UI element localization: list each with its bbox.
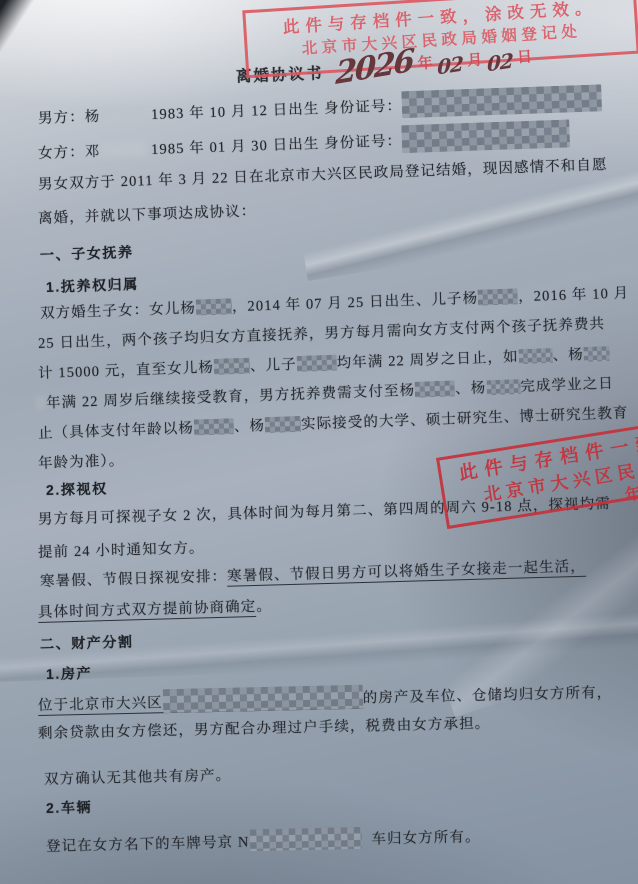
custody-text: ，2014 年 07 月 25 日出生、儿子杨 — [232, 291, 479, 316]
redacted-fragment — [36, 396, 46, 410]
visitation-line-2: 提前 24 小时通知女方。 — [38, 536, 205, 562]
redacted-plate-number — [249, 827, 361, 852]
redacted-child-name — [265, 416, 302, 433]
document-photo: 离婚协议书 男方：杨 1983 年 10 月 12 日出生 身份证号： 女方：邓… — [0, 0, 638, 884]
vehicle-line: 登记在女方名下的车牌号京 N车归女方所有。 — [46, 824, 481, 856]
redacted-daughter-name — [196, 298, 233, 315]
custody-text: 均年满 22 周岁之日止，如 — [336, 349, 519, 371]
registration-stamp-top: 此件与存档件一致，涂改无效。 北京市大兴区民政局婚姻登记处 2026 年 02 … — [242, 0, 638, 78]
section2-sub1-heading: 1.房产 — [46, 663, 93, 684]
custody-text: 完成学业之日 — [520, 376, 614, 395]
photo-corner-shadow — [0, 0, 38, 60]
redacted-child-name — [518, 348, 553, 364]
redacted-child-name — [584, 346, 611, 362]
period: 。 — [256, 598, 272, 614]
intro-line-2: 离婚，并就以下事项达成协议： — [38, 199, 257, 228]
section2-heading: 二、财产分割 — [40, 631, 134, 654]
custody-line-6: 年龄为准）。 — [38, 449, 125, 473]
property-underlined: 位于北京市大兴区 — [38, 691, 363, 716]
custody-text: 实际接受的大学、硕士研究生、博士研究生教育 — [301, 405, 629, 432]
female-birth-id-label: 1985 年 01 月 30 日出生 身份证号： — [151, 133, 403, 158]
custody-text: ，2016 年 10 月 — [518, 285, 630, 305]
stamp-year-char: 年 — [623, 481, 638, 506]
handwritten-month: 02 — [437, 51, 463, 79]
custody-text: 年满 22 周岁后继续接受教育，男方抚养费需支付至杨 — [46, 383, 416, 412]
handwritten-day: 02 — [487, 48, 513, 76]
redacted-male-name — [100, 106, 146, 123]
section1-sub1-heading: 1.抚养权归属 — [46, 274, 140, 297]
redacted-address — [163, 685, 363, 714]
redacted-female-name — [100, 141, 146, 158]
redacted-child-name — [194, 418, 235, 435]
year-char: 年 — [417, 55, 433, 73]
holiday-label: 寒暑假、节假日探视安排： — [40, 569, 228, 590]
redacted-daughter-name — [214, 358, 251, 375]
section2-sub2-heading: 2.车辆 — [46, 797, 93, 818]
female-label: 女方：邓 — [38, 144, 101, 162]
redacted-female-id — [402, 119, 571, 153]
section1-sub2-heading: 2.探视权 — [46, 478, 108, 500]
custody-text: 、儿子 — [250, 357, 297, 375]
vehicle-text: 登记在女方名下的车牌号京 N — [46, 834, 250, 855]
redacted-son-name — [296, 355, 337, 372]
custody-text: 、杨 — [234, 418, 266, 435]
property-text: 位于北京市大兴区 — [38, 695, 163, 714]
custody-text: 止（具体支付年龄以杨 — [38, 421, 194, 442]
month-char: 月 — [467, 51, 483, 69]
custody-text: 计 15000 元，直至女儿杨 — [38, 360, 214, 382]
male-label: 男方：杨 — [38, 109, 101, 127]
redacted-child-name — [415, 380, 456, 397]
redacted-male-id — [402, 84, 603, 118]
day-char: 日 — [517, 48, 533, 66]
redacted-son-name — [478, 288, 519, 305]
vehicle-text: 车归女方所有。 — [371, 829, 481, 847]
property-line-1: 位于北京市大兴区的房产及车位、仓储均归女方所有， — [38, 679, 613, 716]
property-text: 的房产及车位、仓储均归女方所有， — [363, 685, 613, 707]
property-line-3: 双方确认无其他共有房产。 — [44, 764, 232, 789]
custody-text: 、杨 — [455, 380, 487, 397]
property-line-2: 剩余贷款由女方偿还，男方配合办理过户手续，税费由女方承担。 — [38, 712, 491, 743]
section1-heading: 一、子女抚养 — [40, 242, 134, 265]
male-birth-id-label: 1983 年 10 月 12 日出生 身份证号： — [151, 98, 403, 123]
custody-text: 双方婚生子女：女儿杨 — [40, 301, 196, 322]
custody-text: 、杨 — [552, 347, 584, 364]
redacted-child-name — [486, 379, 521, 395]
